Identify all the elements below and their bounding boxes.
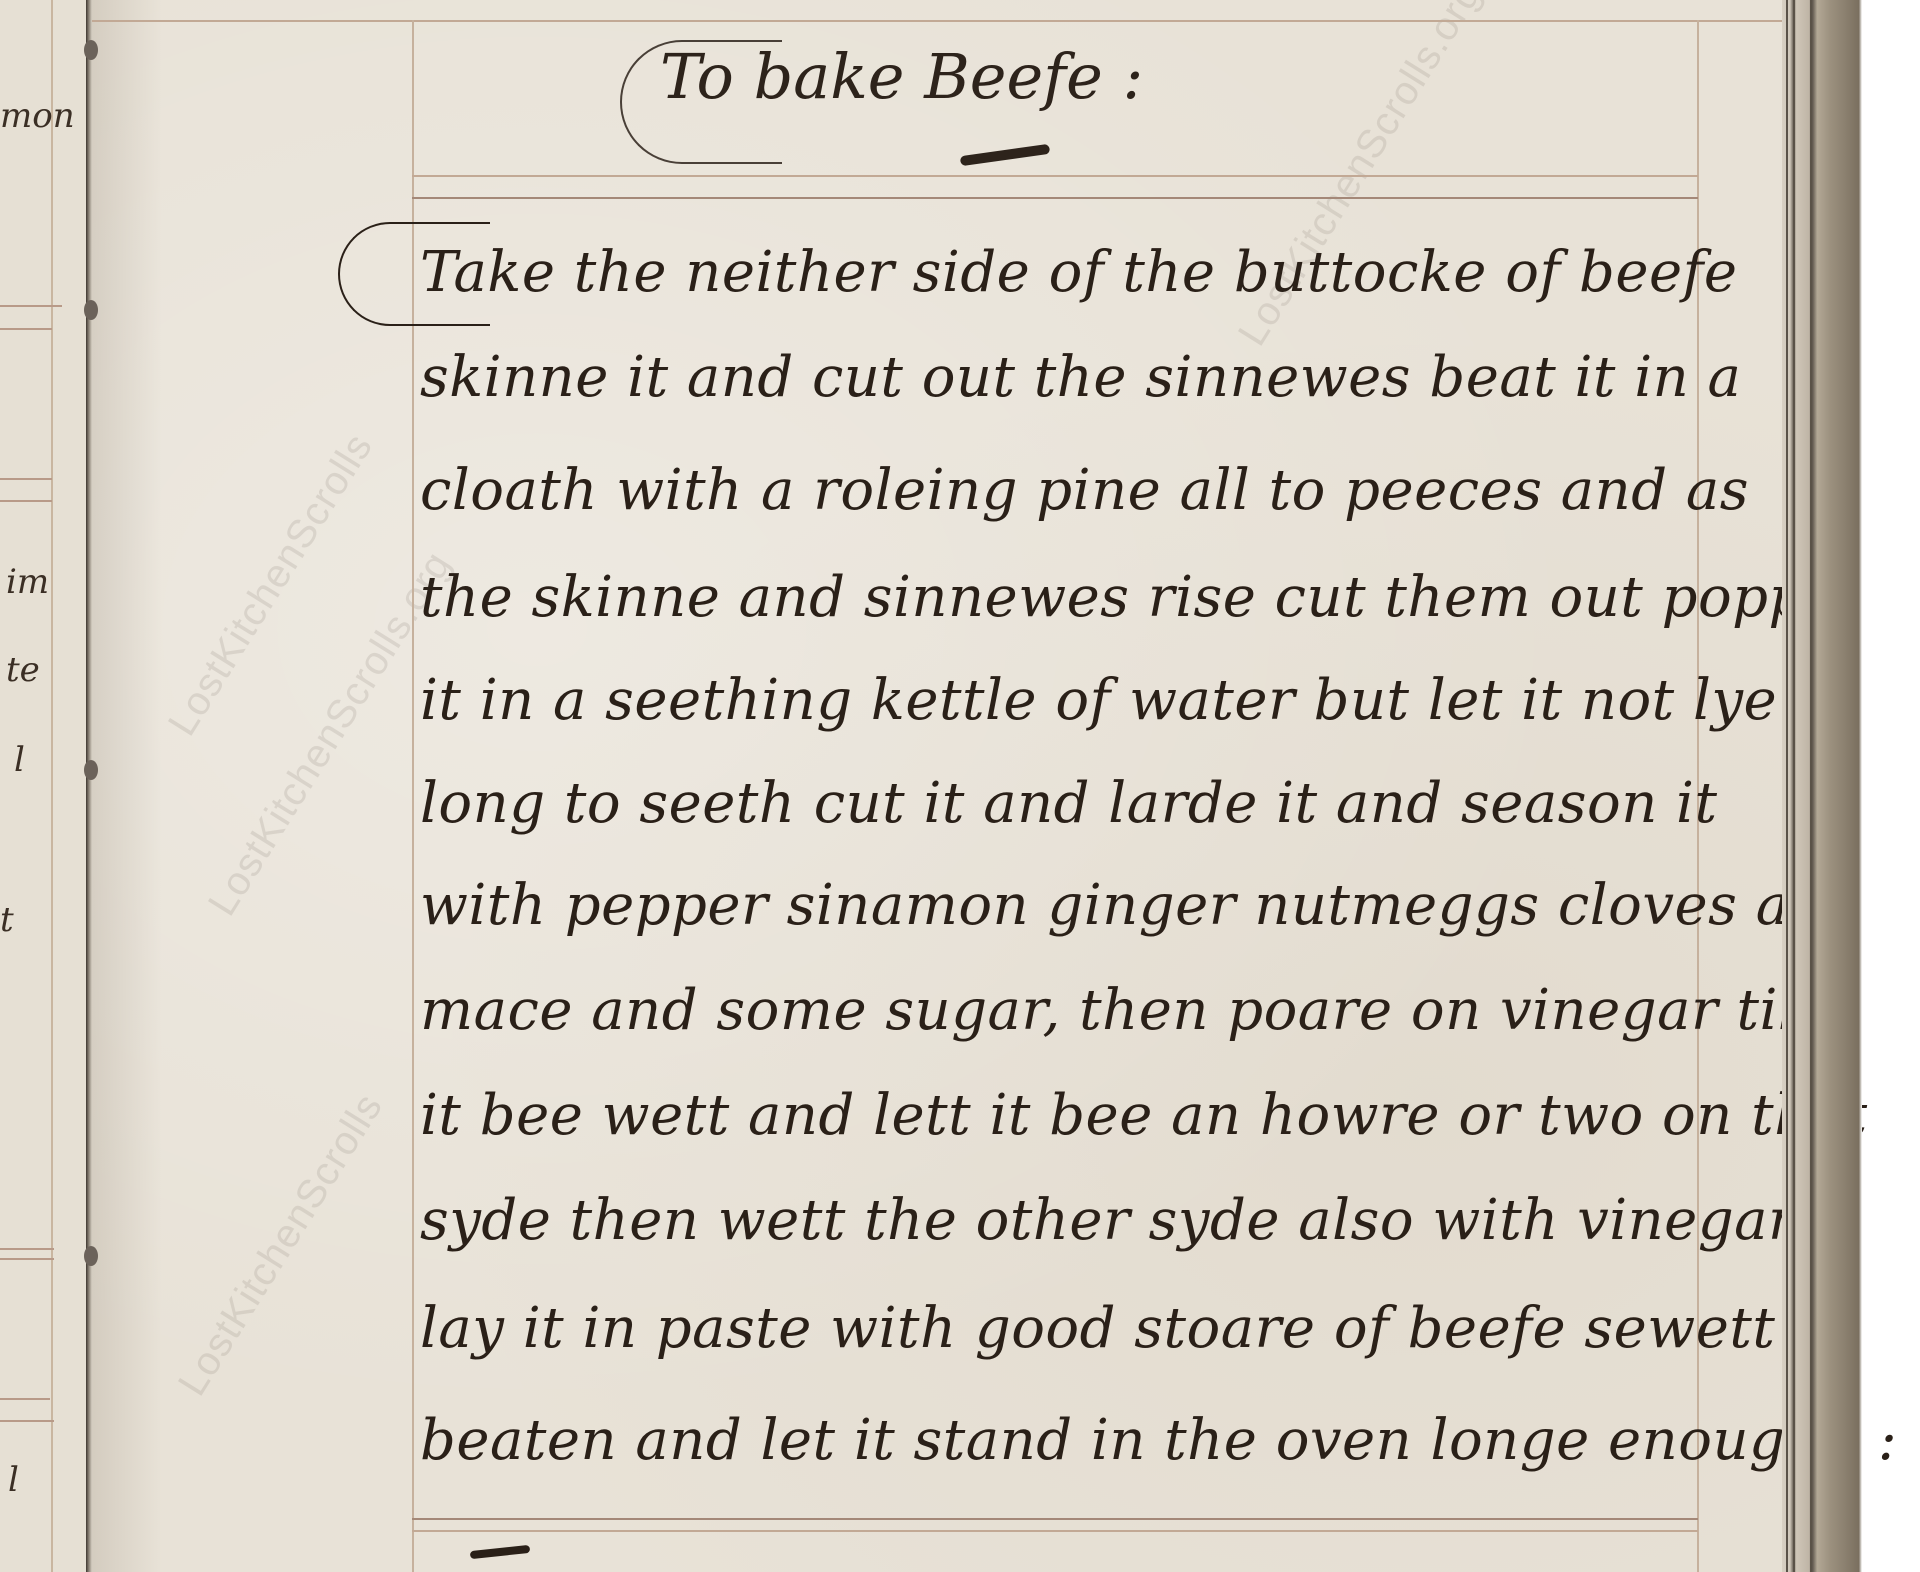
recipe-line: the skinne and sinnewes rise cut them ou… [420, 565, 1839, 630]
left-page-rule [0, 1398, 50, 1400]
left-page-rule [0, 1420, 54, 1422]
title-underline-rule [412, 197, 1698, 199]
recipe-line: Take the neither side of the buttocke of… [420, 240, 1737, 305]
left-page-text-fragment: mon [0, 96, 75, 136]
page-top-rule [92, 20, 1784, 22]
left-page-rule [0, 328, 52, 330]
recipe-title: To bake Beefe : [660, 40, 1143, 113]
left-page [0, 0, 88, 1572]
binding-thread-knot [84, 760, 98, 780]
recipe-end-rule [412, 1530, 1698, 1532]
left-page-text-fragment: l [14, 740, 25, 780]
recipe-line: mace and some sugar, then poare on vineg… [420, 978, 1815, 1043]
page-edge-line [1786, 0, 1788, 1572]
recipe-line: it bee wett and lett it bee an howre or … [420, 1083, 1868, 1148]
gutter-shadow [92, 0, 162, 1572]
left-page-rule [0, 478, 52, 480]
left-page-rule [0, 1258, 54, 1260]
recipe-line: cloath with a roleing pine all to peeces… [420, 458, 1749, 523]
left-page-margin-rule [51, 0, 53, 1572]
title-underline-rule [412, 175, 1698, 177]
recipe-line: with pepper sinamon ginger nutmeggs clov… [420, 873, 1863, 938]
left-page-text-fragment: l [8, 1460, 19, 1500]
binding-thread-knot [84, 1246, 98, 1266]
left-page-text-fragment: im [6, 562, 49, 602]
recipe-line: beaten and let it stand in the oven long… [420, 1408, 1897, 1473]
binding-thread-knot [84, 300, 98, 320]
recipe-line: lay it in paste with good stoare of beef… [420, 1296, 1775, 1361]
page-edge-line [1810, 0, 1812, 1572]
binding-thread-knot [84, 40, 98, 60]
left-page-rule [0, 305, 62, 307]
page-edge-line [1793, 0, 1795, 1572]
recipe-line: syde then wett the other syde also with … [420, 1188, 1795, 1253]
left-page-rule [0, 500, 52, 502]
recipe-line: long to seeth cut it and larde it and se… [420, 771, 1717, 836]
recipe-end-rule [412, 1518, 1698, 1520]
recipe-line: it in a seething kettle of water but let… [420, 668, 1777, 733]
left-page-rule [0, 1248, 54, 1250]
recipe-line: skinne it and cut out the sinnewes beat … [420, 345, 1741, 410]
left-page-text-fragment: te [6, 650, 40, 690]
left-page-text-fragment: t [0, 900, 14, 940]
